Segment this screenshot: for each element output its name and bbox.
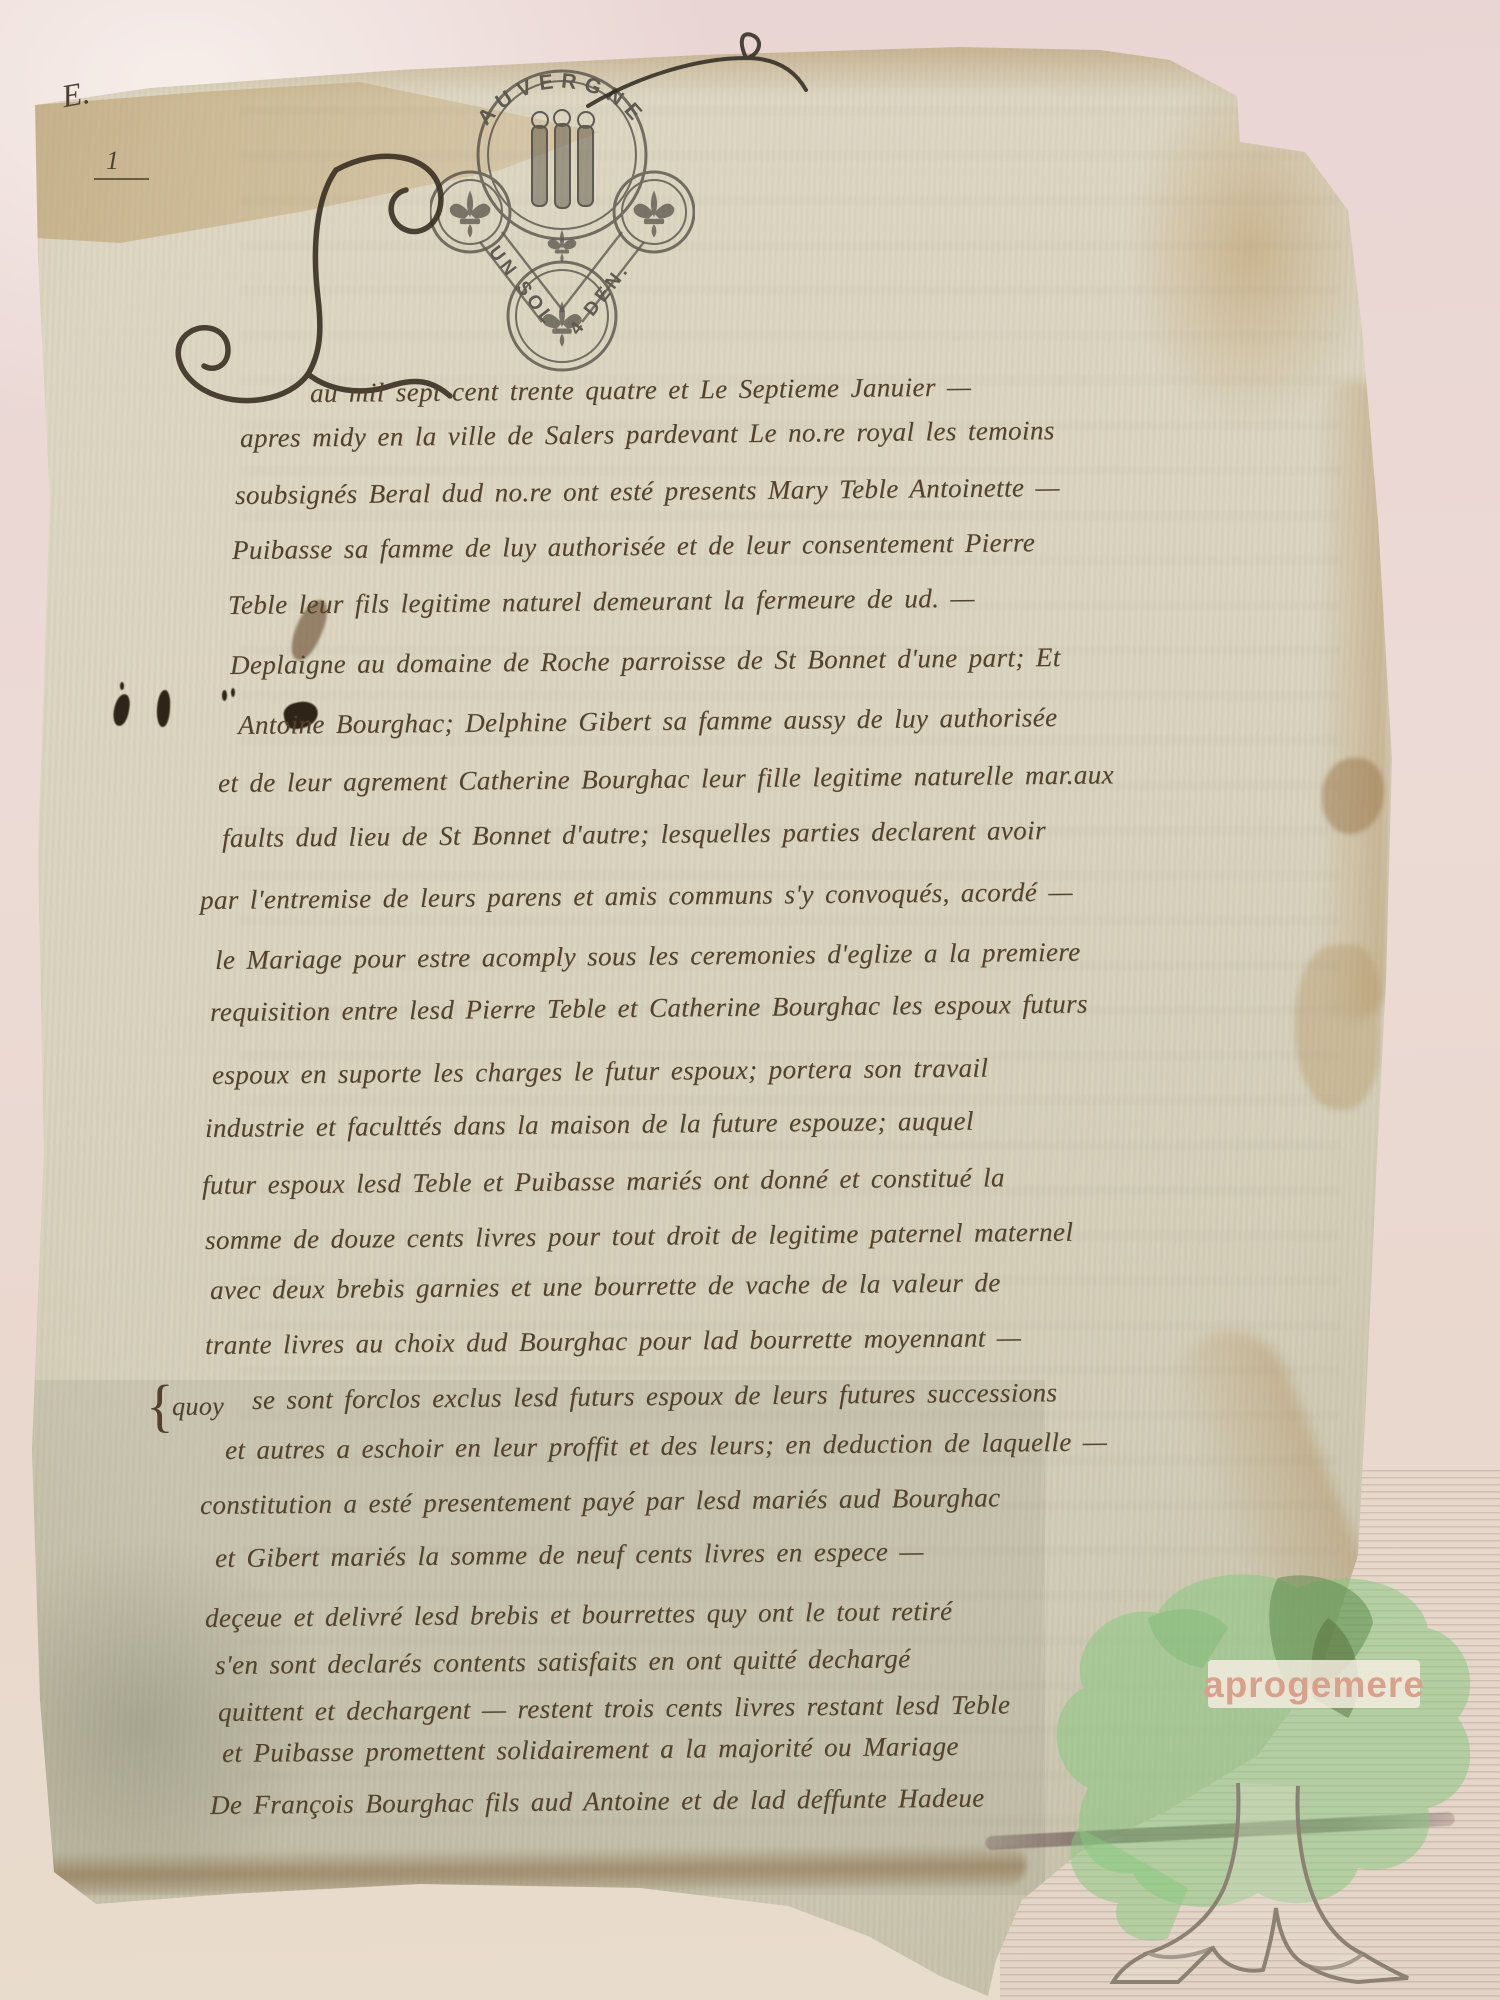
ink-speck xyxy=(231,688,235,697)
ink-speck xyxy=(222,690,227,701)
ink-blot xyxy=(120,682,124,690)
corner-paraph: E. xyxy=(59,74,93,115)
manuscript-line: au mil sept cent trente quatre et Le Sep… xyxy=(310,372,972,409)
photographed-manuscript-page: E. 1 AUVERGNE xyxy=(0,0,1500,2000)
pen-flourish-stroke xyxy=(578,28,818,128)
folio-number: 1 xyxy=(94,146,149,180)
margin-catchword: quoy xyxy=(172,1392,224,1422)
margin-bracket: { xyxy=(146,1372,174,1439)
stamp-denomination-left: UN SOL xyxy=(484,242,560,330)
